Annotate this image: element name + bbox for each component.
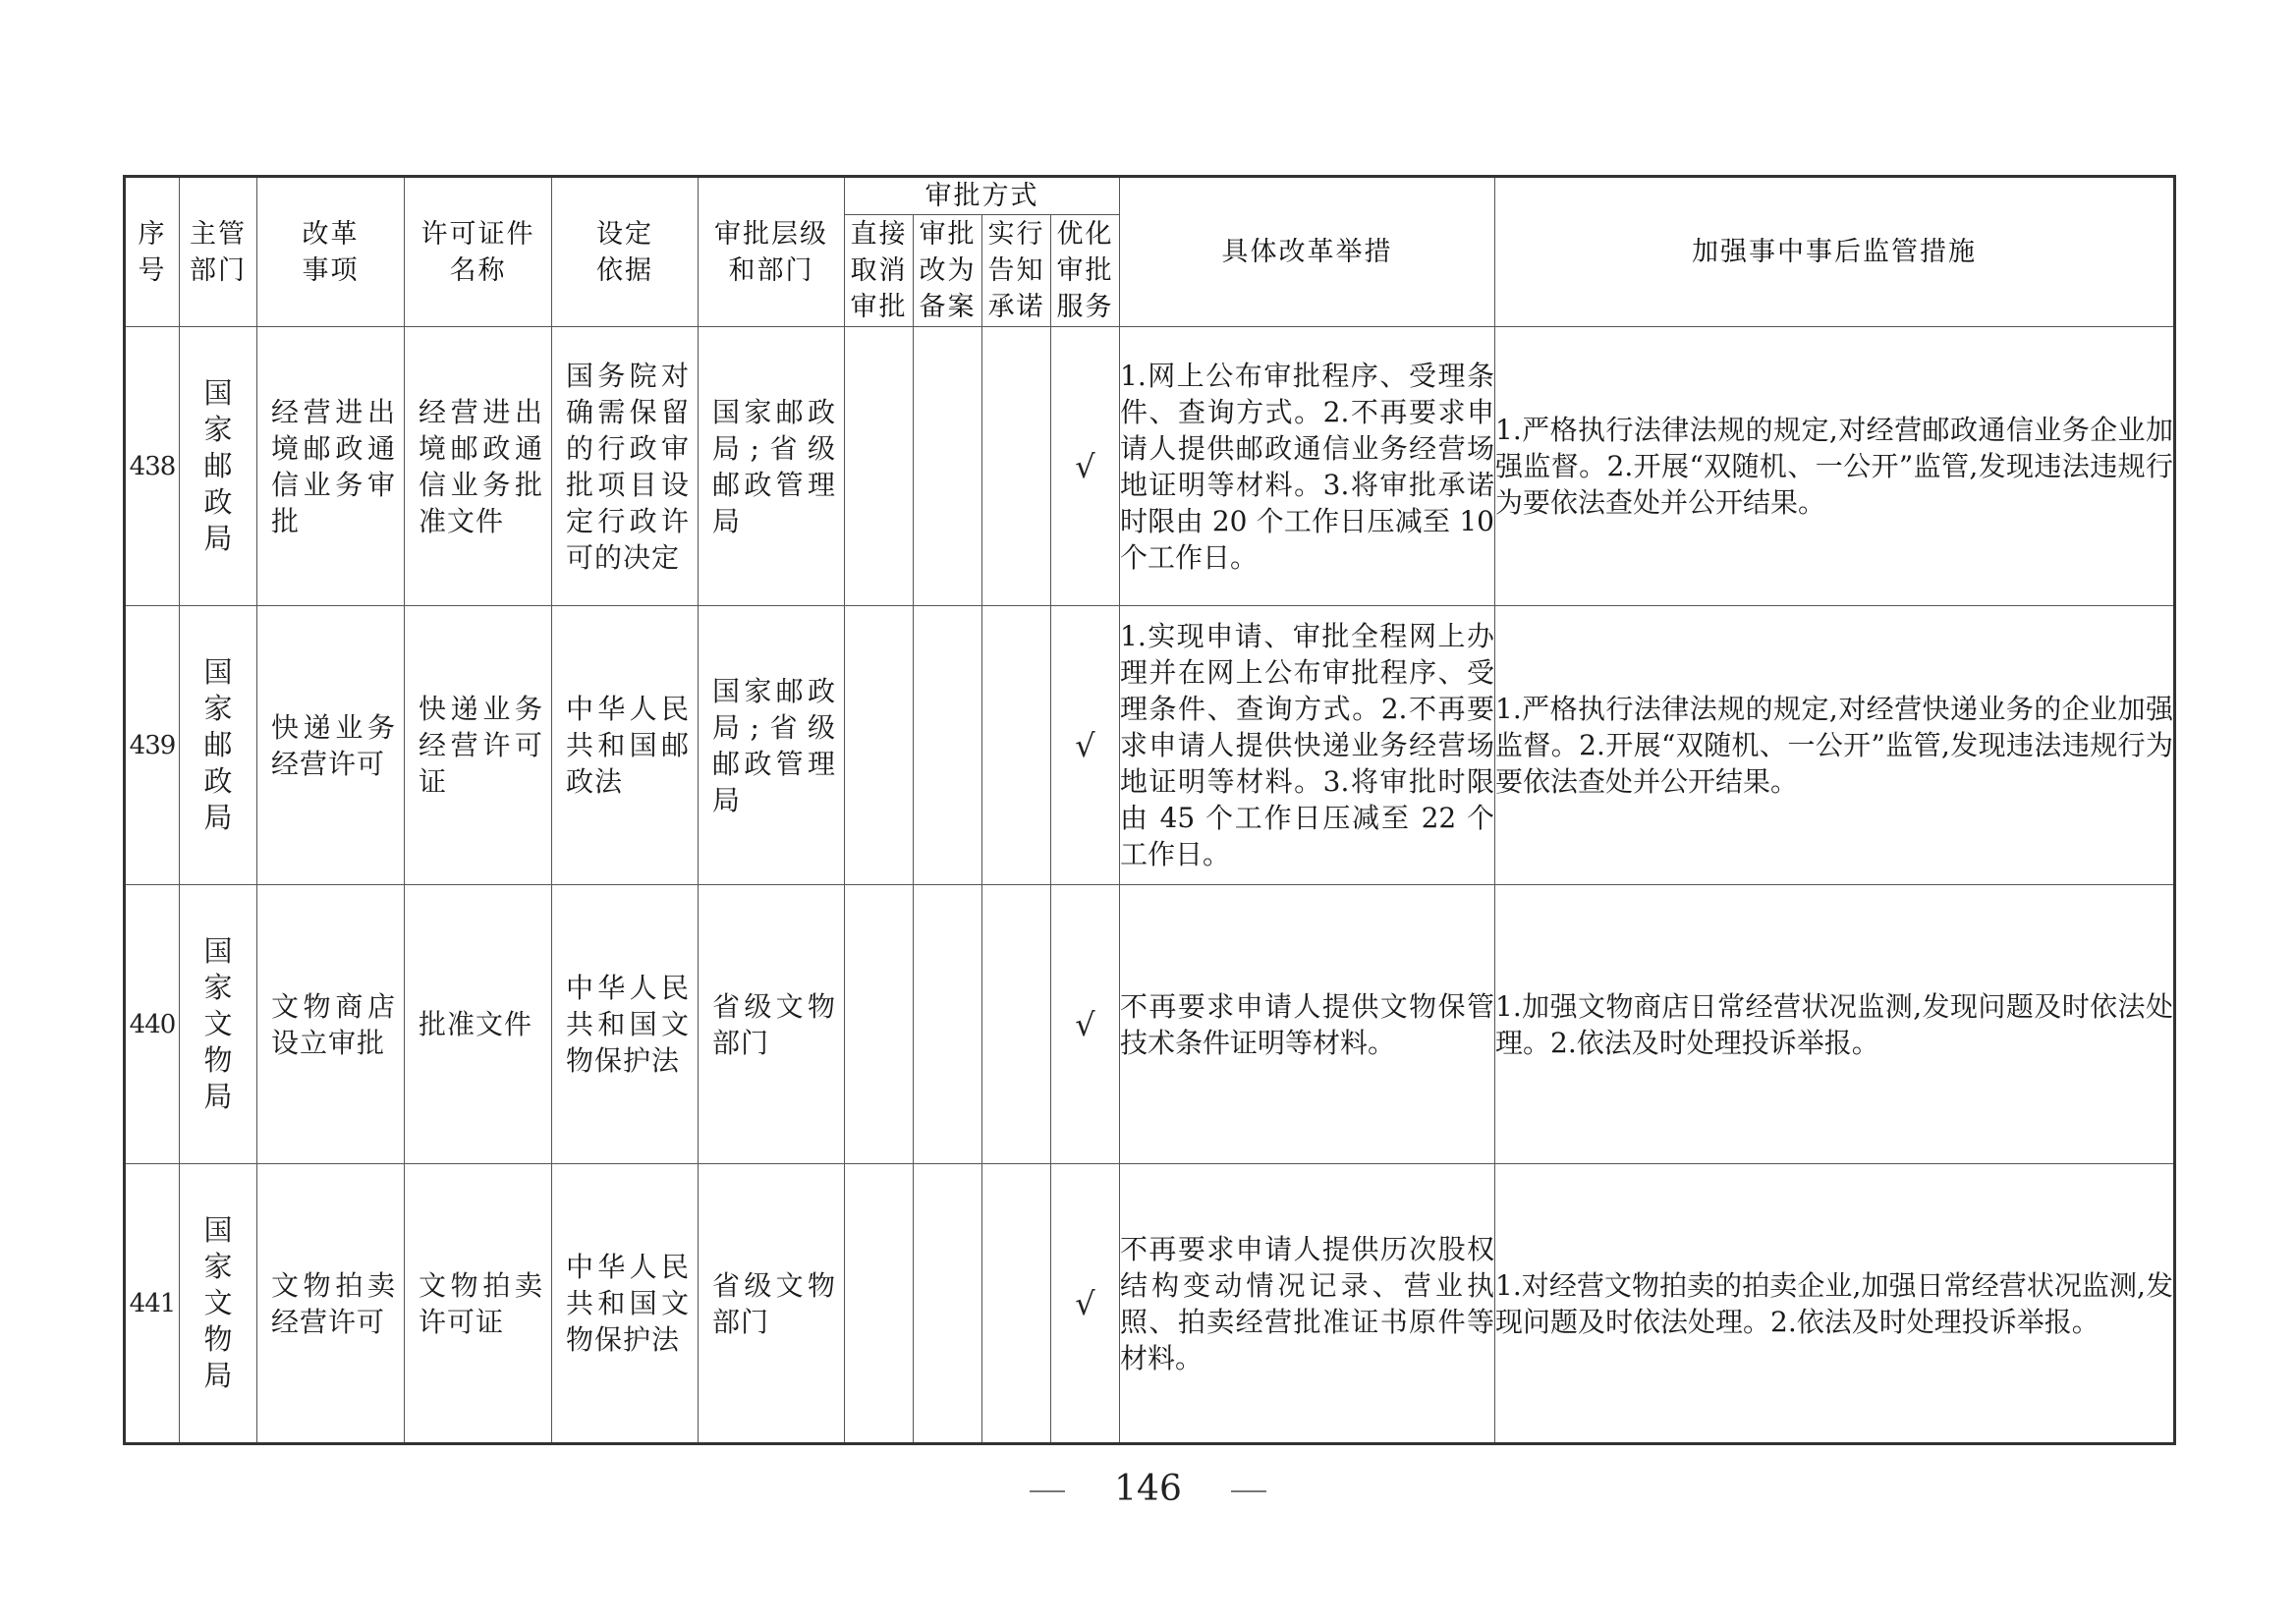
notify-cell xyxy=(982,1164,1051,1444)
optimize-check-icon: √ xyxy=(1051,1164,1120,1444)
basis-cell: 中华人民共和国邮政法 xyxy=(552,606,699,885)
page-number: 146 xyxy=(1114,1469,1182,1509)
supervise-cell: 1.严格执行法律法规的规定,对经营邮政通信业务企业加强监督。2.开展“双随机、一… xyxy=(1495,327,2175,606)
header-direct-cancel: 直接取消审批 xyxy=(845,215,914,327)
dash-right xyxy=(1231,1490,1266,1492)
level-cell: 省级文物部门 xyxy=(699,885,845,1164)
header-approval-mode: 审批方式 xyxy=(845,177,1120,215)
seq-cell: 441 xyxy=(125,1164,180,1444)
supervise-cell: 1.对经营文物拍卖的拍卖企业,加强日常经营状况监测,发现问题及时依法处理。2.依… xyxy=(1495,1164,2175,1444)
basis-cell: 中华人民共和国文物保护法 xyxy=(552,1164,699,1444)
seq-cell: 438 xyxy=(125,327,180,606)
level-cell: 省级文物部门 xyxy=(699,1164,845,1444)
header-optimize-service: 优化审批服务 xyxy=(1051,215,1120,327)
cancel-cell xyxy=(845,885,914,1164)
seq-cell: 439 xyxy=(125,606,180,885)
dash-left xyxy=(1030,1490,1065,1492)
seq-cell: 440 xyxy=(125,885,180,1164)
reform-cell: 1.网上公布审批程序、受理条件、查询方式。2.不再要求申请人提供邮政通信业务经营… xyxy=(1120,327,1495,606)
dept-cell: 国家邮政局 xyxy=(180,606,257,885)
filing-cell xyxy=(914,1164,982,1444)
reform-cell: 不再要求申请人提供历次股权结构变动情况记录、营业执照、拍卖经营批准证书原件等材料… xyxy=(1120,1164,1495,1444)
header-to-filing: 审批改为备案 xyxy=(914,215,982,327)
header-notify-commit: 实行告知承诺 xyxy=(982,215,1051,327)
license-cell: 批准文件 xyxy=(405,885,552,1164)
cancel-cell xyxy=(845,606,914,885)
table-row: 438 国家邮政局 经营进出境邮政通信业务审批 经营进出境邮政通信业务批准文件 … xyxy=(125,327,2175,606)
notify-cell xyxy=(982,606,1051,885)
item-cell: 快递业务经营许可 xyxy=(257,606,405,885)
license-cell: 快递业务经营许可证 xyxy=(405,606,552,885)
optimize-check-icon: √ xyxy=(1051,327,1120,606)
license-cell: 文物拍卖许可证 xyxy=(405,1164,552,1444)
header-level: 审批层级和部门 xyxy=(699,177,845,327)
header-reform: 具体改革举措 xyxy=(1120,177,1495,327)
document-page: 序号 主管部门 改革事项 许可证件名称 设定依据 审批层级和部门 审批方式 具体… xyxy=(0,0,2296,1624)
header-seq: 序号 xyxy=(125,177,180,327)
filing-cell xyxy=(914,606,982,885)
item-cell: 文物商店设立审批 xyxy=(257,885,405,1164)
optimize-check-icon: √ xyxy=(1051,606,1120,885)
level-cell: 国家邮政局;省级邮政管理局 xyxy=(699,327,845,606)
notify-cell xyxy=(982,327,1051,606)
level-cell: 国家邮政局;省级邮政管理局 xyxy=(699,606,845,885)
table-row: 441 国家文物局 文物拍卖经营许可 文物拍卖许可证 中华人民共和国文物保护法 … xyxy=(125,1164,2175,1444)
reform-table: 序号 主管部门 改革事项 许可证件名称 设定依据 审批层级和部门 审批方式 具体… xyxy=(123,175,2176,1445)
table-row: 439 国家邮政局 快递业务经营许可 快递业务经营许可证 中华人民共和国邮政法 … xyxy=(125,606,2175,885)
cancel-cell xyxy=(845,327,914,606)
basis-cell: 国务院对确需保留的行政审批项目设定行政许可的决定 xyxy=(552,327,699,606)
table-row: 440 国家文物局 文物商店设立审批 批准文件 中华人民共和国文物保护法 省级文… xyxy=(125,885,2175,1164)
notify-cell xyxy=(982,885,1051,1164)
supervise-cell: 1.严格执行法律法规的规定,对经营快递业务的企业加强监督。2.开展“双随机、一公… xyxy=(1495,606,2175,885)
page-footer: 146 xyxy=(0,1469,2296,1509)
filing-cell xyxy=(914,327,982,606)
supervise-cell: 1.加强文物商店日常经营状况监测,发现问题及时依法处理。2.依法及时处理投诉举报… xyxy=(1495,885,2175,1164)
basis-cell: 中华人民共和国文物保护法 xyxy=(552,885,699,1164)
item-cell: 经营进出境邮政通信业务审批 xyxy=(257,327,405,606)
reform-cell: 1.实现申请、审批全程网上办理并在网上公布审批程序、受理条件、查询方式。2.不再… xyxy=(1120,606,1495,885)
reform-cell: 不再要求申请人提供文物保管技术条件证明等材料。 xyxy=(1120,885,1495,1164)
filing-cell xyxy=(914,885,982,1164)
license-cell: 经营进出境邮政通信业务批准文件 xyxy=(405,327,552,606)
header-supervise: 加强事中事后监管措施 xyxy=(1495,177,2175,327)
optimize-check-icon: √ xyxy=(1051,885,1120,1164)
header-dept: 主管部门 xyxy=(180,177,257,327)
dept-cell: 国家文物局 xyxy=(180,885,257,1164)
cancel-cell xyxy=(845,1164,914,1444)
header-row-top: 序号 主管部门 改革事项 许可证件名称 设定依据 审批层级和部门 审批方式 具体… xyxy=(125,177,2175,215)
header-item: 改革事项 xyxy=(257,177,405,327)
dept-cell: 国家文物局 xyxy=(180,1164,257,1444)
item-cell: 文物拍卖经营许可 xyxy=(257,1164,405,1444)
header-basis: 设定依据 xyxy=(552,177,699,327)
header-license: 许可证件名称 xyxy=(405,177,552,327)
dept-cell: 国家邮政局 xyxy=(180,327,257,606)
